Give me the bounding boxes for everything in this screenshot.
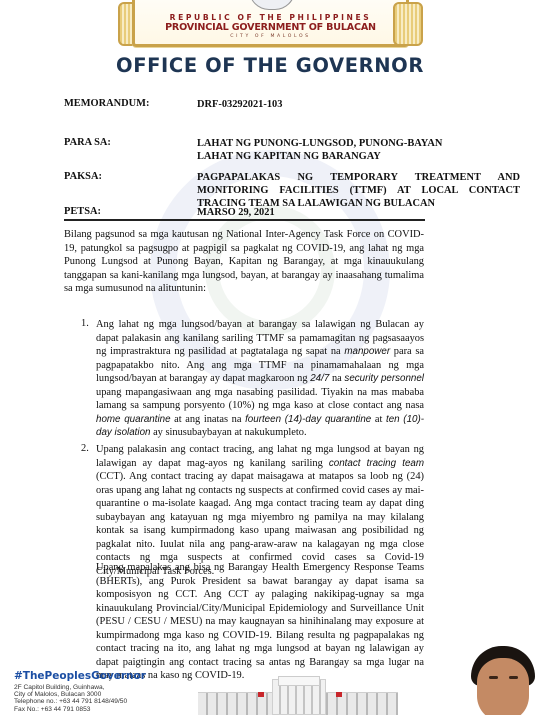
emphasis-text: security personnel (344, 373, 424, 384)
para-sa-value: LAHAT NG PUNONG-LUNGSOD, PUNONG-BAYAN LA… (197, 137, 520, 163)
address-line: Fax No.: +63 44 791 0853 (14, 706, 127, 713)
address-line: 2F Capitol Building, Guinhawa, (14, 684, 127, 691)
hashtag: #ThePeoplesGovernor (14, 670, 146, 682)
recipient-line: LAHAT NG KAPITAN NG BARANGAY (197, 150, 520, 163)
subject-line: MONITORING FACILITIES (TTMF) AT LOCAL CO… (197, 184, 520, 197)
emphasis-text: fourteen (14)-day quarantine (245, 414, 371, 425)
para-sa-label: PARA SA: (64, 137, 194, 148)
body-text: at ang inatas na (171, 414, 246, 425)
office-title: OFFICE OF THE GOVERNOR (0, 54, 540, 77)
paksa-label: PAKSA: (64, 171, 194, 182)
capitol-building-image (198, 676, 398, 715)
body-text: at (371, 414, 386, 425)
address-line: Telephone no.: +63 44 791 8148/49/50 (14, 698, 127, 705)
list-number: 2. (81, 443, 89, 454)
list-number: 1. (81, 318, 89, 329)
governor-portrait (461, 646, 540, 715)
city-text: CITY OF MALOLOS (135, 34, 406, 39)
list-item: Upang palakasin ang contact tracing, ang… (96, 443, 424, 578)
emphasis-text: home quarantine (96, 414, 171, 425)
memorandum-label: MEMORANDUM: (64, 98, 194, 109)
body-text: na (329, 373, 344, 384)
emphasis-text: manpower (344, 346, 390, 357)
republic-text: REPUBLIC OF THE PHILIPPINES (135, 13, 406, 22)
subject-line: PAGPAPALAKAS NG TEMPORARY TREATMENT AND (197, 171, 520, 184)
footer-address: 2F Capitol Building, Guinhawa, City of M… (14, 684, 127, 713)
government-text: PROVINCIAL GOVERNMENT OF BULACAN (135, 22, 406, 33)
ornament-right (393, 2, 423, 46)
petsa-label: PETSA: (64, 206, 194, 217)
address-line: City of Malolos, Bulacan 3000 (14, 691, 127, 698)
intro-paragraph: Bilang pagsunod sa mga kautusan ng Natio… (64, 228, 424, 296)
letterhead-banner: REPUBLIC OF THE PHILIPPINES PROVINCIAL G… (118, 0, 423, 48)
date-value: MARSO 29, 2021 (197, 206, 520, 219)
emphasis-text: 24/7 (310, 373, 329, 384)
list-item: Ang lahat ng mga lungsod/bayan at barang… (96, 318, 424, 440)
recipient-line: LAHAT NG PUNONG-LUNGSOD, PUNONG-BAYAN (197, 137, 520, 150)
emphasis-text: contact tracing team (329, 458, 424, 469)
header-divider (64, 219, 425, 221)
body-text: upang mapangasiwaan ang mga nasabing pas… (96, 387, 424, 412)
memorandum-number: DRF-03292021-103 (197, 98, 520, 111)
paksa-value: PAGPAPALAKAS NG TEMPORARY TREATMENT AND … (197, 171, 520, 210)
list-item-continuation: Upang mapalakas ang bisa ng Barangay Hea… (96, 561, 424, 683)
body-text: ay sinusubaybayan at nakukumpleto. (150, 427, 306, 438)
